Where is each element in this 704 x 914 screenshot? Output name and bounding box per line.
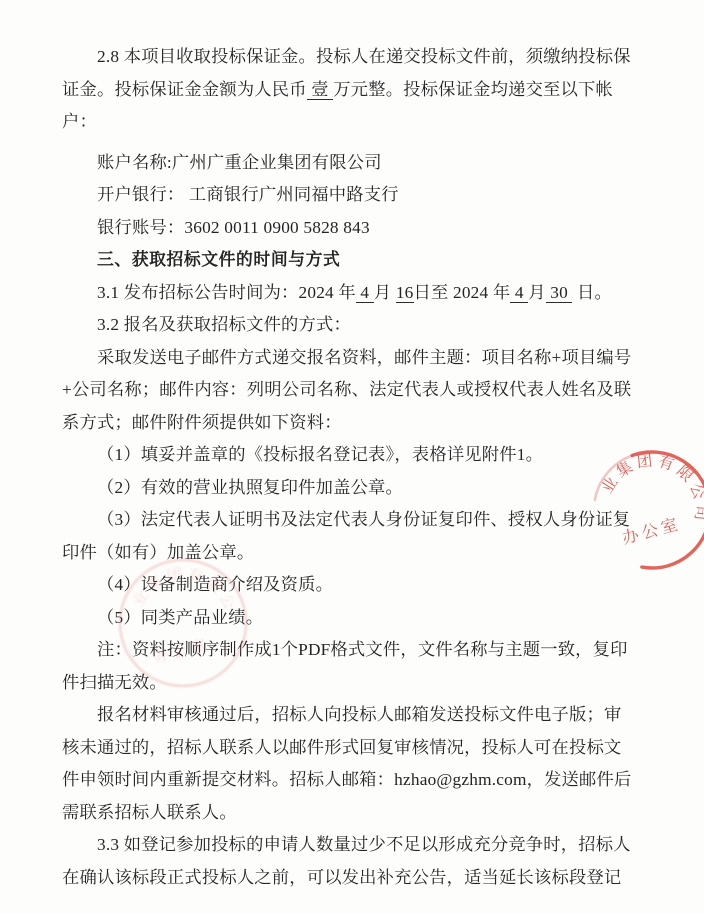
text-segment: （5）同类产品业绩。 bbox=[97, 608, 263, 627]
text-segment: 3.2 报名及获取招标文件的方式： bbox=[97, 315, 351, 334]
text-segment: （4）设备制造商介绍及资质。 bbox=[97, 575, 333, 594]
doc-line: （1）填妥并盖章的《投标报名登记表》，表格详见附件1。 bbox=[62, 439, 648, 472]
text-segment: 万元整。投标保证金均递交至以下帐 bbox=[333, 80, 613, 99]
doc-line: 注：资料按顺序制作成1个PDF格式文件，文件名称与主题一致，复印 bbox=[62, 634, 648, 667]
text-segment: （3）法定代表人证明书及法定代表人身份证复印件、授权人身份证复 bbox=[97, 510, 630, 529]
underlined-fill-in-text: 壹 bbox=[307, 80, 334, 100]
doc-line: 证金。投标保证金金额为人民币 壹 万元整。投标保证金均递交至以下帐 bbox=[62, 74, 648, 107]
doc-line: 开户银行： 工商银行广州同福中路支行 bbox=[62, 179, 648, 212]
underlined-fill-in-text: 16 bbox=[396, 283, 414, 303]
doc-line: 采取发送电子邮件方式递交报名资料，邮件主题：项目名称+项目编号 bbox=[62, 342, 648, 375]
text-segment: 件扫描无效。 bbox=[62, 673, 167, 692]
para-note: 注：资料按顺序制作成1个PDF格式文件，文件名称与主题一致，复印件扫描无效。 bbox=[62, 634, 648, 699]
text-segment: +公司名称；邮件内容：列明公司名称、法定代表人或授权代表人姓名及联 bbox=[62, 380, 631, 399]
account-info: 账户名称:广州广重企业集团有限公司开户银行： 工商银行广州同福中路支行银行账号：… bbox=[62, 147, 648, 245]
doc-line: 账户名称:广州广重企业集团有限公司 bbox=[62, 147, 648, 180]
para-bid-deposit: 2.8 本项目收取投标保证金。投标人在递交投标文件前，须缴纳投标保证金。投标保证… bbox=[62, 41, 648, 139]
doc-line: 件扫描无效。 bbox=[62, 667, 648, 700]
doc-line: 需联系招标人联系人。 bbox=[62, 797, 648, 830]
text-segment: 日至 2024 年 bbox=[414, 283, 511, 302]
doc-line: 银行账号：3602 0011 0900 5828 843 bbox=[62, 212, 648, 245]
text-segment: 系方式；邮件附件须提供如下资料： bbox=[62, 413, 342, 432]
para-email-method: 采取发送电子邮件方式递交报名资料，邮件主题：项目名称+项目编号+公司名称；邮件内… bbox=[62, 342, 648, 440]
text-segment: 注：资料按顺序制作成1个PDF格式文件，文件名称与主题一致，复印 bbox=[97, 640, 628, 659]
doc-line: 户： bbox=[62, 106, 648, 139]
doc-line: 3.1 发布招标公告时间为：2024 年 4 月 16日至 2024 年 4 月… bbox=[62, 277, 648, 310]
text-segment: 日。 bbox=[572, 283, 611, 302]
text-segment: 在确认该标段正式投标人之前，可以发出补充公告，适当延长该标段登记 bbox=[62, 868, 621, 887]
underlined-fill-in-text: 30 bbox=[546, 283, 573, 303]
list-required-materials: （1）填妥并盖章的《投标报名登记表》，表格详见附件1。（2）有效的营业执照复印件… bbox=[62, 439, 648, 634]
doc-line: （5）同类产品业绩。 bbox=[62, 602, 648, 635]
doc-line: +公司名称；邮件内容：列明公司名称、法定代表人或授权代表人姓名及联 bbox=[62, 374, 648, 407]
text-segment: 开户银行： 工商银行广州同福中路支行 bbox=[97, 185, 399, 204]
text-segment: 月 bbox=[374, 283, 396, 302]
text-segment: 采取发送电子邮件方式递交报名资料，邮件主题：项目名称+项目编号 bbox=[97, 348, 631, 367]
text-segment: 银行账号：3602 0011 0900 5828 843 bbox=[97, 218, 370, 237]
doc-line: （4）设备制造商介绍及资质。 bbox=[62, 569, 648, 602]
text-segment: （1）填妥并盖章的《投标报名登记表》，表格详见附件1。 bbox=[97, 445, 543, 464]
text-segment: 印件（如有）加盖公章。 bbox=[62, 543, 254, 562]
text-segment: 核未通过的，招标人联系人以邮件形式回复审核情况，投标人可在投标文 bbox=[62, 738, 621, 757]
para-3-1-3-2: 3.1 发布招标公告时间为：2024 年 4 月 16日至 2024 年 4 月… bbox=[62, 277, 648, 342]
text-segment: （2）有效的营业执照复印件加盖公章。 bbox=[97, 478, 403, 497]
text-segment: 证金。投标保证金金额为人民币 bbox=[62, 80, 307, 99]
doc-line: （3）法定代表人证明书及法定代表人身份证复印件、授权人身份证复 bbox=[62, 504, 648, 537]
para-3-3: 3.3 如登记参加投标的申请人数量过少不足以形成充分竞争时，招标人在确认该标段正… bbox=[62, 829, 648, 894]
text-segment: 户： bbox=[62, 112, 97, 131]
text-segment: 件申领时间内重新提交材料。招标人邮箱：hzhao@gzhm.com，发送邮件后 bbox=[62, 770, 631, 789]
text-segment: 3.1 发布招标公告时间为：2024 年 bbox=[97, 283, 356, 302]
doc-line: 系方式；邮件附件须提供如下资料： bbox=[62, 407, 648, 440]
section-3-heading: 三、获取招标文件的时间与方式 bbox=[62, 244, 648, 277]
doc-line: （2）有效的营业执照复印件加盖公章。 bbox=[62, 472, 648, 505]
text-segment: 三、获取招标文件的时间与方式 bbox=[97, 250, 340, 269]
underlined-fill-in-text: 4 bbox=[356, 283, 374, 303]
doc-line: 在确认该标段正式投标人之前，可以发出补充公告，适当延长该标段登记 bbox=[62, 862, 648, 895]
doc-line: 印件（如有）加盖公章。 bbox=[62, 537, 648, 570]
text-segment: 月 bbox=[528, 283, 545, 302]
text-segment: 报名材料审核通过后，招标人向投标人邮箱发送投标文件电子版；审 bbox=[97, 705, 621, 724]
text-segment: 账户名称:广州广重企业集团有限公司 bbox=[97, 153, 382, 172]
text-segment: 需联系招标人联系人。 bbox=[62, 803, 237, 822]
doc-line: 三、获取招标文件的时间与方式 bbox=[62, 244, 648, 277]
text-segment: 3.3 如登记参加投标的申请人数量过少不足以形成充分竞争时，招标人 bbox=[97, 835, 631, 854]
document-body: 2.8 本项目收取投标保证金。投标人在递交投标文件前，须缴纳投标保证金。投标保证… bbox=[62, 41, 648, 894]
text-segment: 2.8 本项目收取投标保证金。投标人在递交投标文件前，须缴纳投标保 bbox=[97, 47, 631, 66]
underlined-fill-in-text: 4 bbox=[510, 283, 528, 303]
doc-line: 2.8 本项目收取投标保证金。投标人在递交投标文件前，须缴纳投标保 bbox=[62, 41, 648, 74]
doc-line: 3.3 如登记参加投标的申请人数量过少不足以形成充分竞争时，招标人 bbox=[62, 829, 648, 862]
doc-line: 件申领时间内重新提交材料。招标人邮箱：hzhao@gzhm.com，发送邮件后 bbox=[62, 764, 648, 797]
doc-line: 核未通过的，招标人联系人以邮件形式回复审核情况，投标人可在投标文 bbox=[62, 732, 648, 765]
para-review-process: 报名材料审核通过后，招标人向投标人邮箱发送投标文件电子版；审核未通过的，招标人联… bbox=[62, 699, 648, 829]
doc-line: 报名材料审核通过后，招标人向投标人邮箱发送投标文件电子版；审 bbox=[62, 699, 648, 732]
doc-line: 3.2 报名及获取招标文件的方式： bbox=[62, 309, 648, 342]
